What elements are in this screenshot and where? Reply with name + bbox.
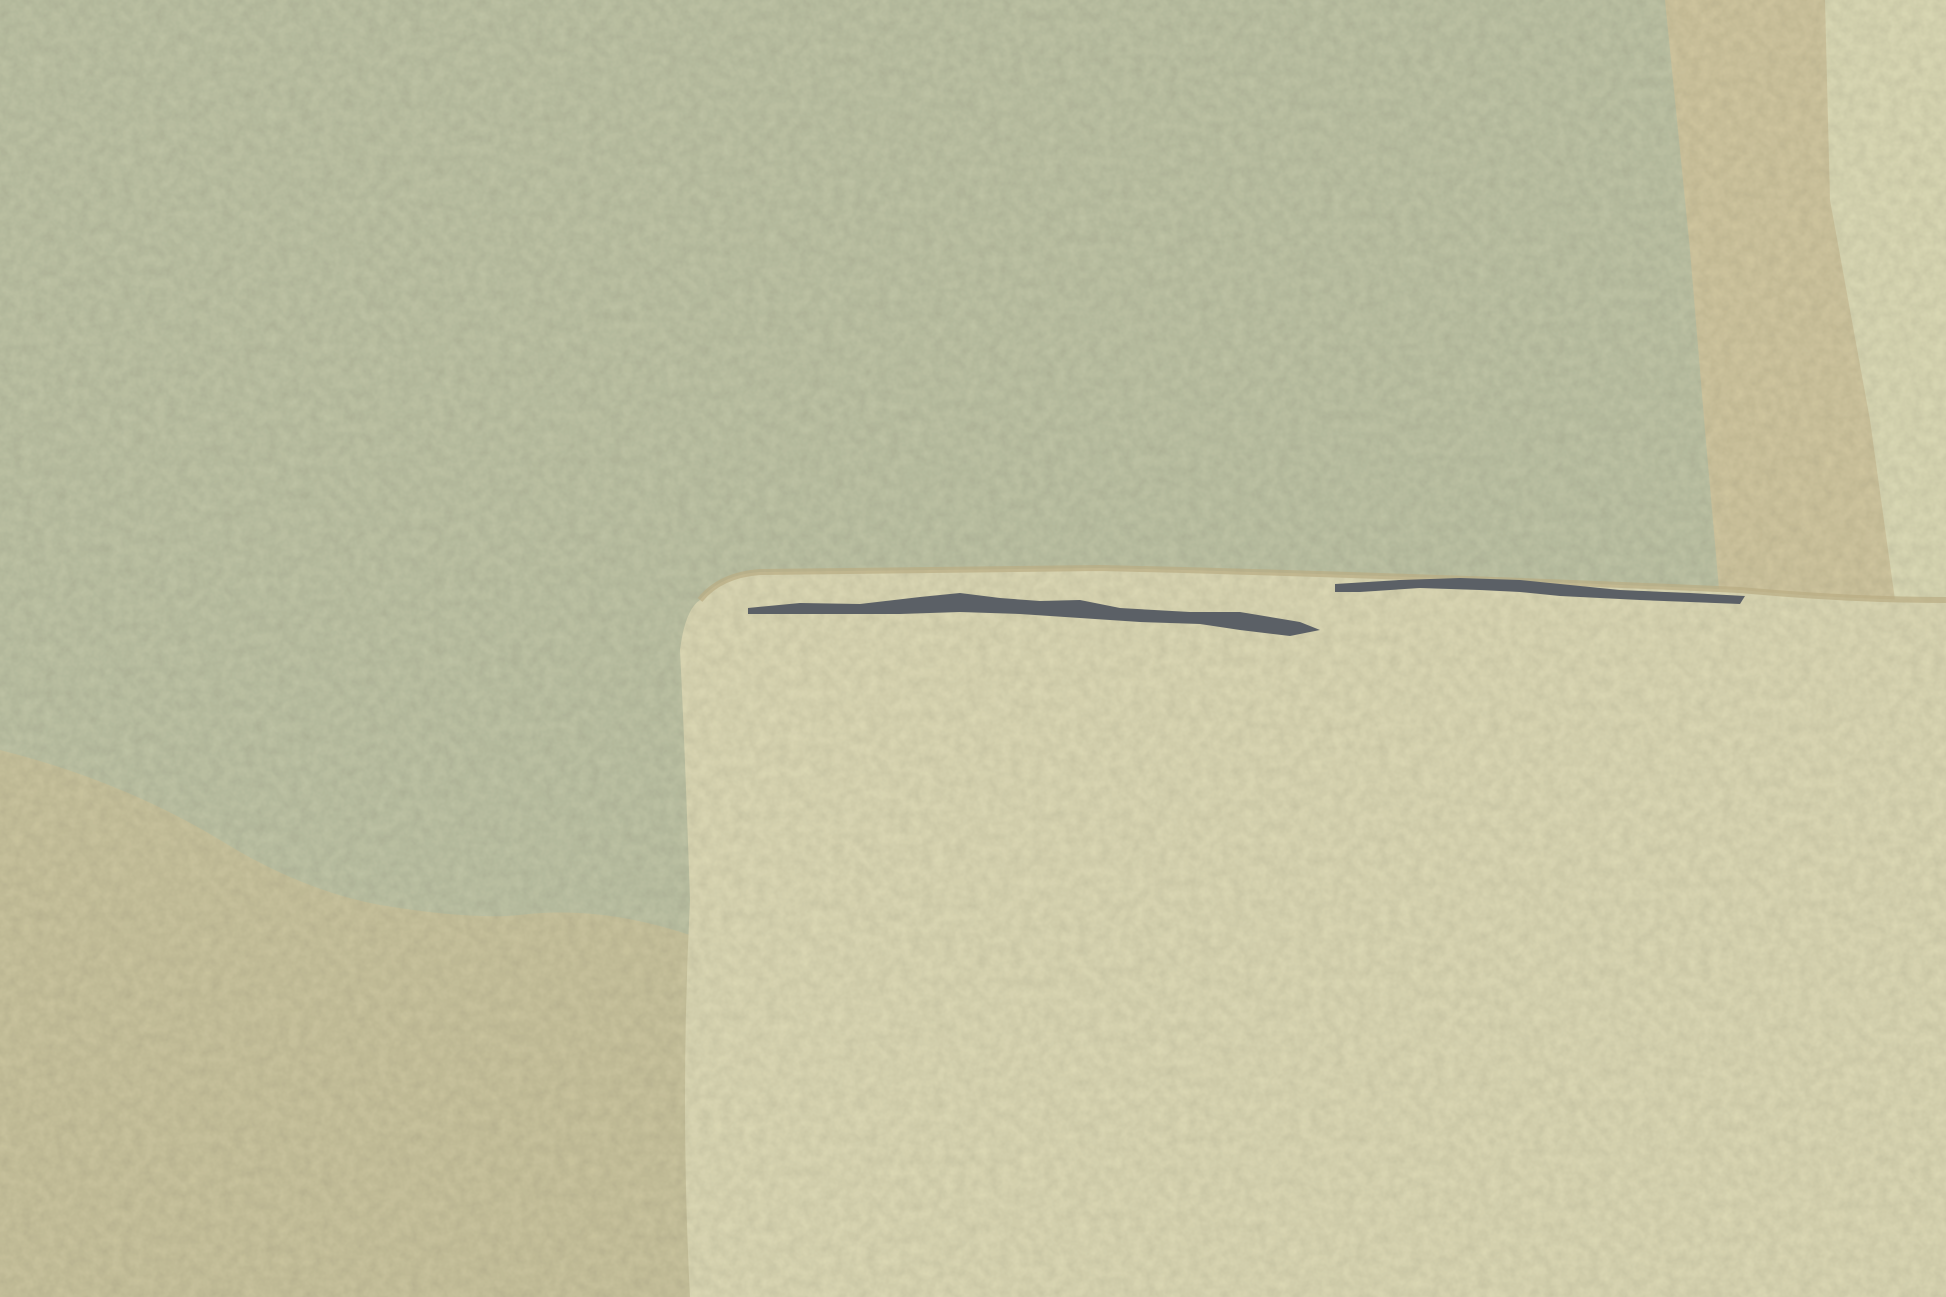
- cream-lower-right: [680, 568, 1946, 1297]
- rug-texture-illustration: [0, 0, 1946, 1297]
- rug-photo: [0, 0, 1946, 1297]
